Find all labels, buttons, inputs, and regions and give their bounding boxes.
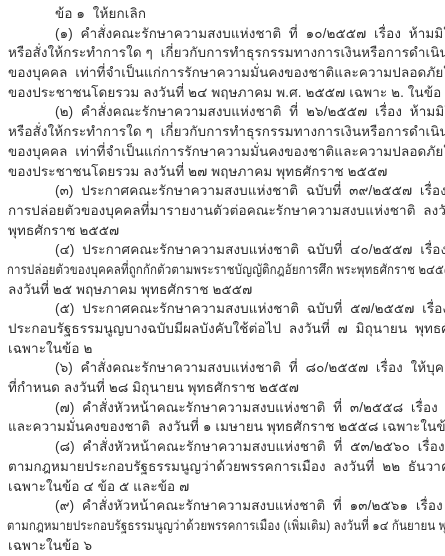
clause-heading: ข้อ ๑ ให้ยกเลิก [0,4,445,24]
item-9-line-1: (๙) คำสั่งหัวหน้าคณะรักษาความสงบแห่งชาติ… [0,496,445,516]
item-3-line-3: พุทธศักราช ๒๕๕๗ [0,221,445,241]
item-9-line-3: เฉพาะในข้อ ๖ [0,536,445,556]
item-8-line-2: ตามกฎหมายประกอบรัฐธรรมนูญว่าด้วยพรรคการเ… [0,457,445,477]
item-8-line-1: (๘) คำสั่งหัวหน้าคณะรักษาความสงบแห่งชาติ… [0,437,445,457]
item-4-line-1: (๔) ประกาศคณะรักษาความสงบแห่งชาติ ฉบับที… [0,240,445,260]
item-2-line-3: ของบุคคล เท่าที่จำเป็นแก่การรักษาความมั่… [0,142,445,162]
item-7-line-1: (๗) คำสั่งหัวหน้าคณะรักษาความสงบแห่งชาติ… [0,398,445,418]
item-1-line-4: ของประชาชนโดยรวม ลงวันที่ ๒๔ พฤษภาคม พ.ศ… [0,83,445,103]
document-page: ข้อ ๑ ให้ยกเลิก (๑) คำสั่งคณะรักษาความสง… [0,0,445,556]
item-1-line-1: (๑) คำสั่งคณะรักษาความสงบแห่งชาติ ที่ ๑๐… [0,24,445,44]
item-2-line-1: (๒) คำสั่งคณะรักษาความสงบแห่งชาติ ที่ ๒๖… [0,102,445,122]
item-8-line-3: เฉพาะในข้อ ๔ ข้อ ๕ และข้อ ๗ [0,477,445,497]
item-6-line-2: ที่กำหนด ลงวันที่ ๒๘ มิถุนายน พุทธศักราช… [0,378,445,398]
item-5-line-1: (๕) ประกาศคณะรักษาความสงบแห่งชาติ ฉบับที… [0,299,445,319]
item-2-line-4: ของประชาชนโดยรวม ลงวันที่ ๒๗ พฤษภาคม พุท… [0,162,445,182]
item-4-line-3: ลงวันที่ ๒๕ พฤษภาคม พุทธศักราช ๒๕๕๗ [0,280,445,300]
item-9-line-2: ตามกฎหมายประกอบรัฐธรรมนูญว่าด้วยพรรคการเ… [0,516,383,536]
item-3-line-1: (๓) ประกาศคณะรักษาความสงบแห่งชาติ ฉบับที… [0,181,445,201]
item-1-line-2: หรือสั่งให้กระทำการใด ๆ เกี่ยวกับการทำธุ… [0,43,445,63]
item-7-line-2: และความมั่นคงของชาติ ลงวันที่ ๑ เมษายน พ… [0,417,445,437]
item-5-line-2: ประกอบรัฐธรรมนูญบางฉบับมีผลบังคับใช้ต่อไ… [0,319,445,339]
item-5-line-3: เฉพาะในข้อ ๒ [0,339,445,359]
item-1-line-3: ของบุคคล เท่าที่จำเป็นแก่การรักษาความมั่… [0,63,445,83]
item-3-line-2: การปล่อยตัวของบุคคลที่มารายงานตัวต่อคณะร… [0,201,445,221]
item-4-line-2: การปล่อยตัวของบุคคลที่ถูกกักตัวตามพระราช… [0,260,383,280]
item-2-line-2: หรือสั่งให้กระทำการใด ๆ เกี่ยวกับการทำธุ… [0,122,445,142]
item-6-line-1: (๖) คำสั่งคณะรักษาความสงบแห่งชาติ ที่ ๘๐… [0,358,445,378]
